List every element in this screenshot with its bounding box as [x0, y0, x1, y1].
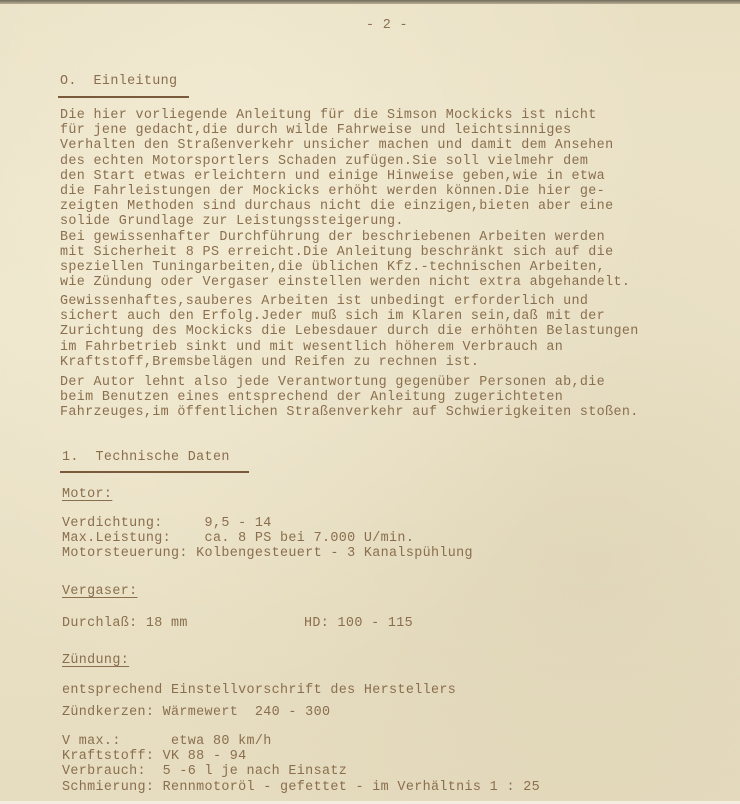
text-line: solide Grundlage zur Leistungssteigerung…: [60, 214, 404, 229]
subheading-motor: Motor:: [62, 487, 112, 502]
heading-underline: [58, 96, 189, 98]
typewritten-page: - 2 - O. Einleitung Die hier vorliegende…: [0, 0, 740, 804]
page-number: - 2 -: [366, 18, 408, 33]
text-line: die Fahrleistungen der Mockicks erhöht w…: [60, 184, 605, 199]
spec-row: Schmierung: Rennmotoröl - gefettet - im …: [62, 780, 540, 795]
text-line: Bei gewissenhafter Durchführung der besc…: [60, 230, 605, 245]
subheading-vergaser: Vergaser:: [62, 584, 137, 599]
section-heading-technische-daten: 1. Technische Daten: [62, 450, 230, 465]
spec-row: Verbrauch: 5 -6 l je nach Einsatz: [62, 764, 347, 779]
heading-underline: [60, 471, 249, 473]
text-line: für jene gedacht,die durch wilde Fahrwei…: [60, 123, 572, 138]
text-line: Fahrzeuges,im öffentlichen Straßenverkeh…: [60, 405, 639, 420]
section-heading-einleitung: O. Einleitung: [60, 74, 177, 89]
spec-row: Kraftstoff: VK 88 - 94: [62, 749, 247, 764]
text-line: Die hier vorliegende Anleitung für die S…: [60, 108, 597, 123]
text-line: Gewissenhaftes,sauberes Arbeiten ist unb…: [60, 294, 588, 309]
text-line: im Fahrbetrieb sinkt und mit wesentlich …: [60, 340, 563, 355]
text-line: sichert auch den Erfolg.Jeder muß sich i…: [60, 309, 605, 324]
zuendkerzen-waermewert: Zündkerzen: Wärmewert 240 - 300: [62, 705, 330, 720]
subheading-zuendung: Zündung:: [62, 653, 129, 668]
text-line: den Start etwas erleichtern und einige H…: [60, 169, 605, 184]
vergaser-durchlass: Durchlaß: 18 mm: [62, 616, 188, 631]
vergaser-hauptduese: HD: 100 - 115: [304, 616, 413, 631]
text-line: speziellen Tuningarbeiten,die üblichen K…: [60, 260, 605, 275]
spec-row: Verdichtung: 9,5 - 14: [62, 516, 272, 531]
zuendung-einstellung: entsprechend Einstellvorschrift des Hers…: [62, 683, 456, 698]
text-line: zeigten Methoden sind durchaus nicht die…: [60, 199, 613, 214]
spec-row: Motorsteuerung: Kolbengesteuert - 3 Kana…: [62, 546, 473, 561]
text-line: des echten Motorsportlers Schaden zufüge…: [60, 154, 588, 169]
spec-row: Max.Leistung: ca. 8 PS bei 7.000 U/min.: [62, 531, 414, 546]
text-line: beim Benutzen eines entsprechend der Anl…: [60, 390, 563, 405]
spec-row: V max.: etwa 80 km/h: [62, 734, 272, 749]
text-line: Verhalten den Straßenverkehr unsicher ma…: [60, 138, 613, 153]
text-line: Kraftstoff,Bremsbelägen und Reifen zu re…: [60, 355, 479, 370]
text-line: wie Zündung oder Vergaser einstellen wer…: [60, 275, 630, 290]
text-line: Zurichtung des Mockicks die Lebesdauer d…: [60, 324, 639, 339]
paper-top-edge: [0, 0, 740, 4]
text-line: mit Sicherheit 8 PS erreicht.Die Anleitu…: [60, 245, 613, 260]
text-line: Der Autor lehnt also jede Verantwortung …: [60, 375, 605, 390]
